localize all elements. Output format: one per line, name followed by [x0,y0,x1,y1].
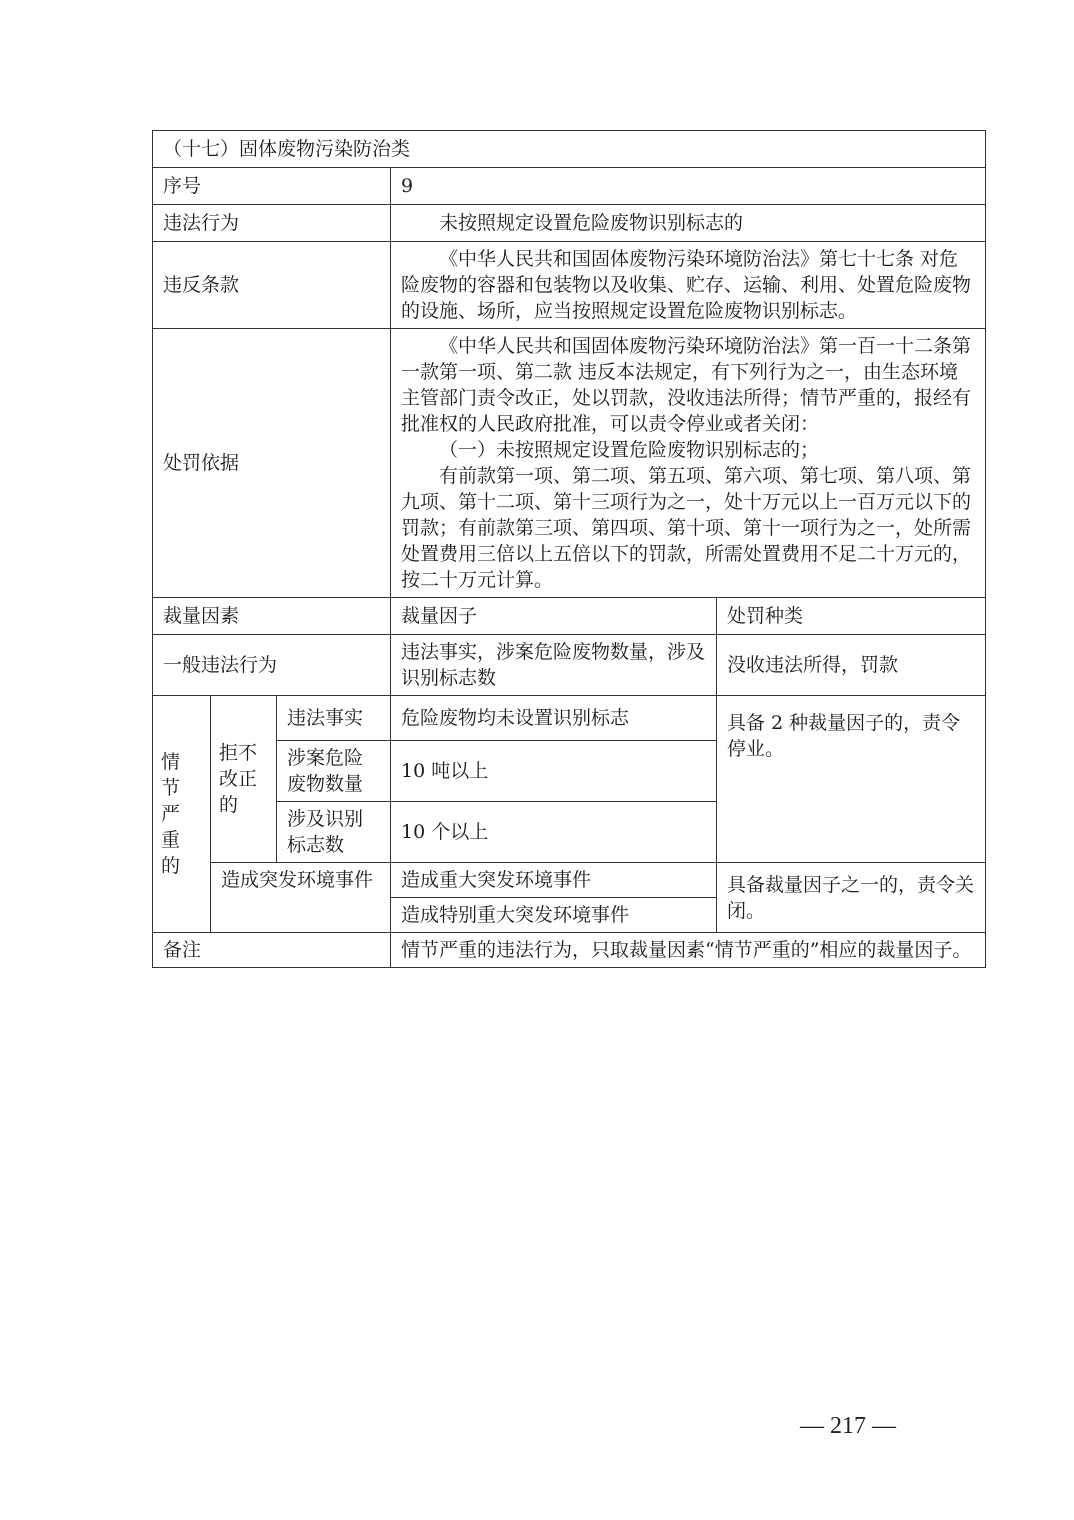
penalty-basis-p1: 《中华人民共和国固体废物污染环境防治法》第一百一十二条第一款第一项、第二款 违反… [401,333,975,437]
refuse-item-name: 违法事实 [277,696,391,741]
header-factor: 裁量因素 [153,598,391,635]
provision-row: 违反条款 《中华人民共和国固体废物污染环境防治法》第七十七条 对危险废物的容器和… [153,242,986,329]
page-number: — 217 — [800,1413,896,1440]
refuse-item-value: 危险废物均未设置识别标志 [391,696,717,741]
remarks-value: 情节严重的违法行为，只取裁量因素“情节严重的”相应的裁量因子。 [391,933,986,968]
provision-label: 违反条款 [153,242,391,329]
refuse-item-name: 涉及识别标志数 [277,802,391,863]
refuse-penalty: 具备 2 种裁量因子的，责令停业。 [717,696,986,863]
discretion-header-row: 裁量因素 裁量因子 处罚种类 [153,598,986,635]
refuse-label: 拒不 改正 的 [211,696,277,863]
penalty-basis-row: 处罚依据 《中华人民共和国固体废物污染环境防治法》第一百一十二条第一款第一项、第… [153,329,986,598]
provision-value: 《中华人民共和国固体废物污染环境防治法》第七十七条 对危险废物的容器和包装物以及… [391,242,986,329]
header-penalty-type: 处罚种类 [717,598,986,635]
remarks-row: 备注 情节严重的违法行为，只取裁量因素“情节严重的”相应的裁量因子。 [153,933,986,968]
section-title: （十七）固体废物污染防治类 [153,131,986,168]
serial-row: 序号 9 [153,168,986,205]
violation-label: 违法行为 [153,205,391,242]
penalty-basis-label: 处罚依据 [153,329,391,598]
serial-value: 9 [391,168,986,205]
violation-row: 违法行为 未按照规定设置危险废物识别标志的 [153,205,986,242]
incident-item: 造成特别重大突发环境事件 [391,898,717,933]
refuse-item-value: 10 个以上 [391,802,717,863]
penalty-basis-value: 《中华人民共和国固体废物污染环境防治法》第一百一十二条第一款第一项、第二款 违反… [391,329,986,598]
serious-refuse-row-1: 情 节 严 重 的 拒不 改正 的 违法事实 危险废物均未设置识别标志 具备 2… [153,696,986,741]
serious-label: 情 节 严 重 的 [153,696,211,933]
serial-label: 序号 [153,168,391,205]
section-title-row: （十七）固体废物污染防治类 [153,131,986,168]
general-row: 一般违法行为 违法事实，涉案危险废物数量，涉及识别标志数 没收违法所得，罚款 [153,635,986,696]
general-label: 一般违法行为 [153,635,391,696]
incident-penalty: 具备裁量因子之一的，责令关闭。 [717,863,986,933]
header-sub-factor: 裁量因子 [391,598,717,635]
penalty-basis-p3: 有前款第一项、第二项、第五项、第六项、第七项、第八项、第九项、第十二项、第十三项… [401,463,975,593]
violation-value: 未按照规定设置危险废物识别标志的 [391,205,986,242]
remarks-label: 备注 [153,933,391,968]
serious-incident-row-1: 造成突发环境事件 造成重大突发环境事件 具备裁量因子之一的，责令关闭。 [153,863,986,898]
discretion-table: （十七）固体废物污染防治类 序号 9 违法行为 未按照规定设置危险废物识别标志的… [152,130,986,968]
general-penalty: 没收违法所得，罚款 [717,635,986,696]
refuse-item-name: 涉案危险废物数量 [277,741,391,802]
general-factors: 违法事实，涉案危险废物数量，涉及识别标志数 [391,635,717,696]
penalty-basis-p2: （一）未按照规定设置危险废物识别标志的； [401,437,975,463]
refuse-item-value: 10 吨以上 [391,741,717,802]
incident-label: 造成突发环境事件 [211,863,391,933]
incident-item: 造成重大突发环境事件 [391,863,717,898]
